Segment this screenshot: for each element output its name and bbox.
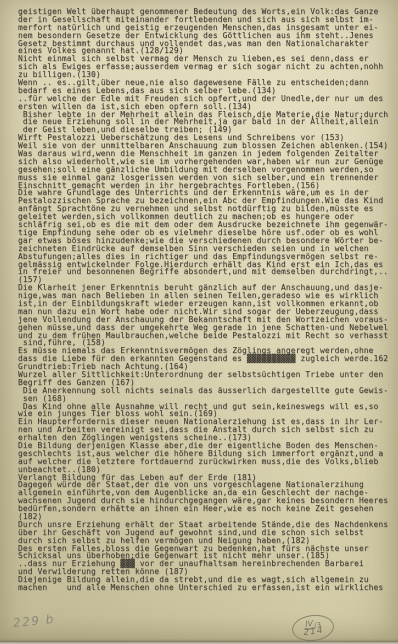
text-line: Die Anerkennung soll nichts seinals das … [18, 387, 396, 395]
text-line: bedürfen,sondern erhätte an ihnen ein He… [18, 505, 396, 513]
archive-number-pencil: 229 b [12, 612, 55, 630]
text-line: machen und alle Menschen ohne Unterschie… [18, 584, 396, 592]
manuscript-page: geistigen Welt überhaupt genommener Bede… [0, 0, 398, 644]
text-line: in freier und besonnenen Begriffe absond… [18, 268, 396, 276]
typewritten-text: geistigen Welt überhaupt genommener Bede… [18, 8, 396, 592]
page-bottom-edge [0, 638, 398, 644]
stamp-fraction: /3 [314, 621, 322, 630]
